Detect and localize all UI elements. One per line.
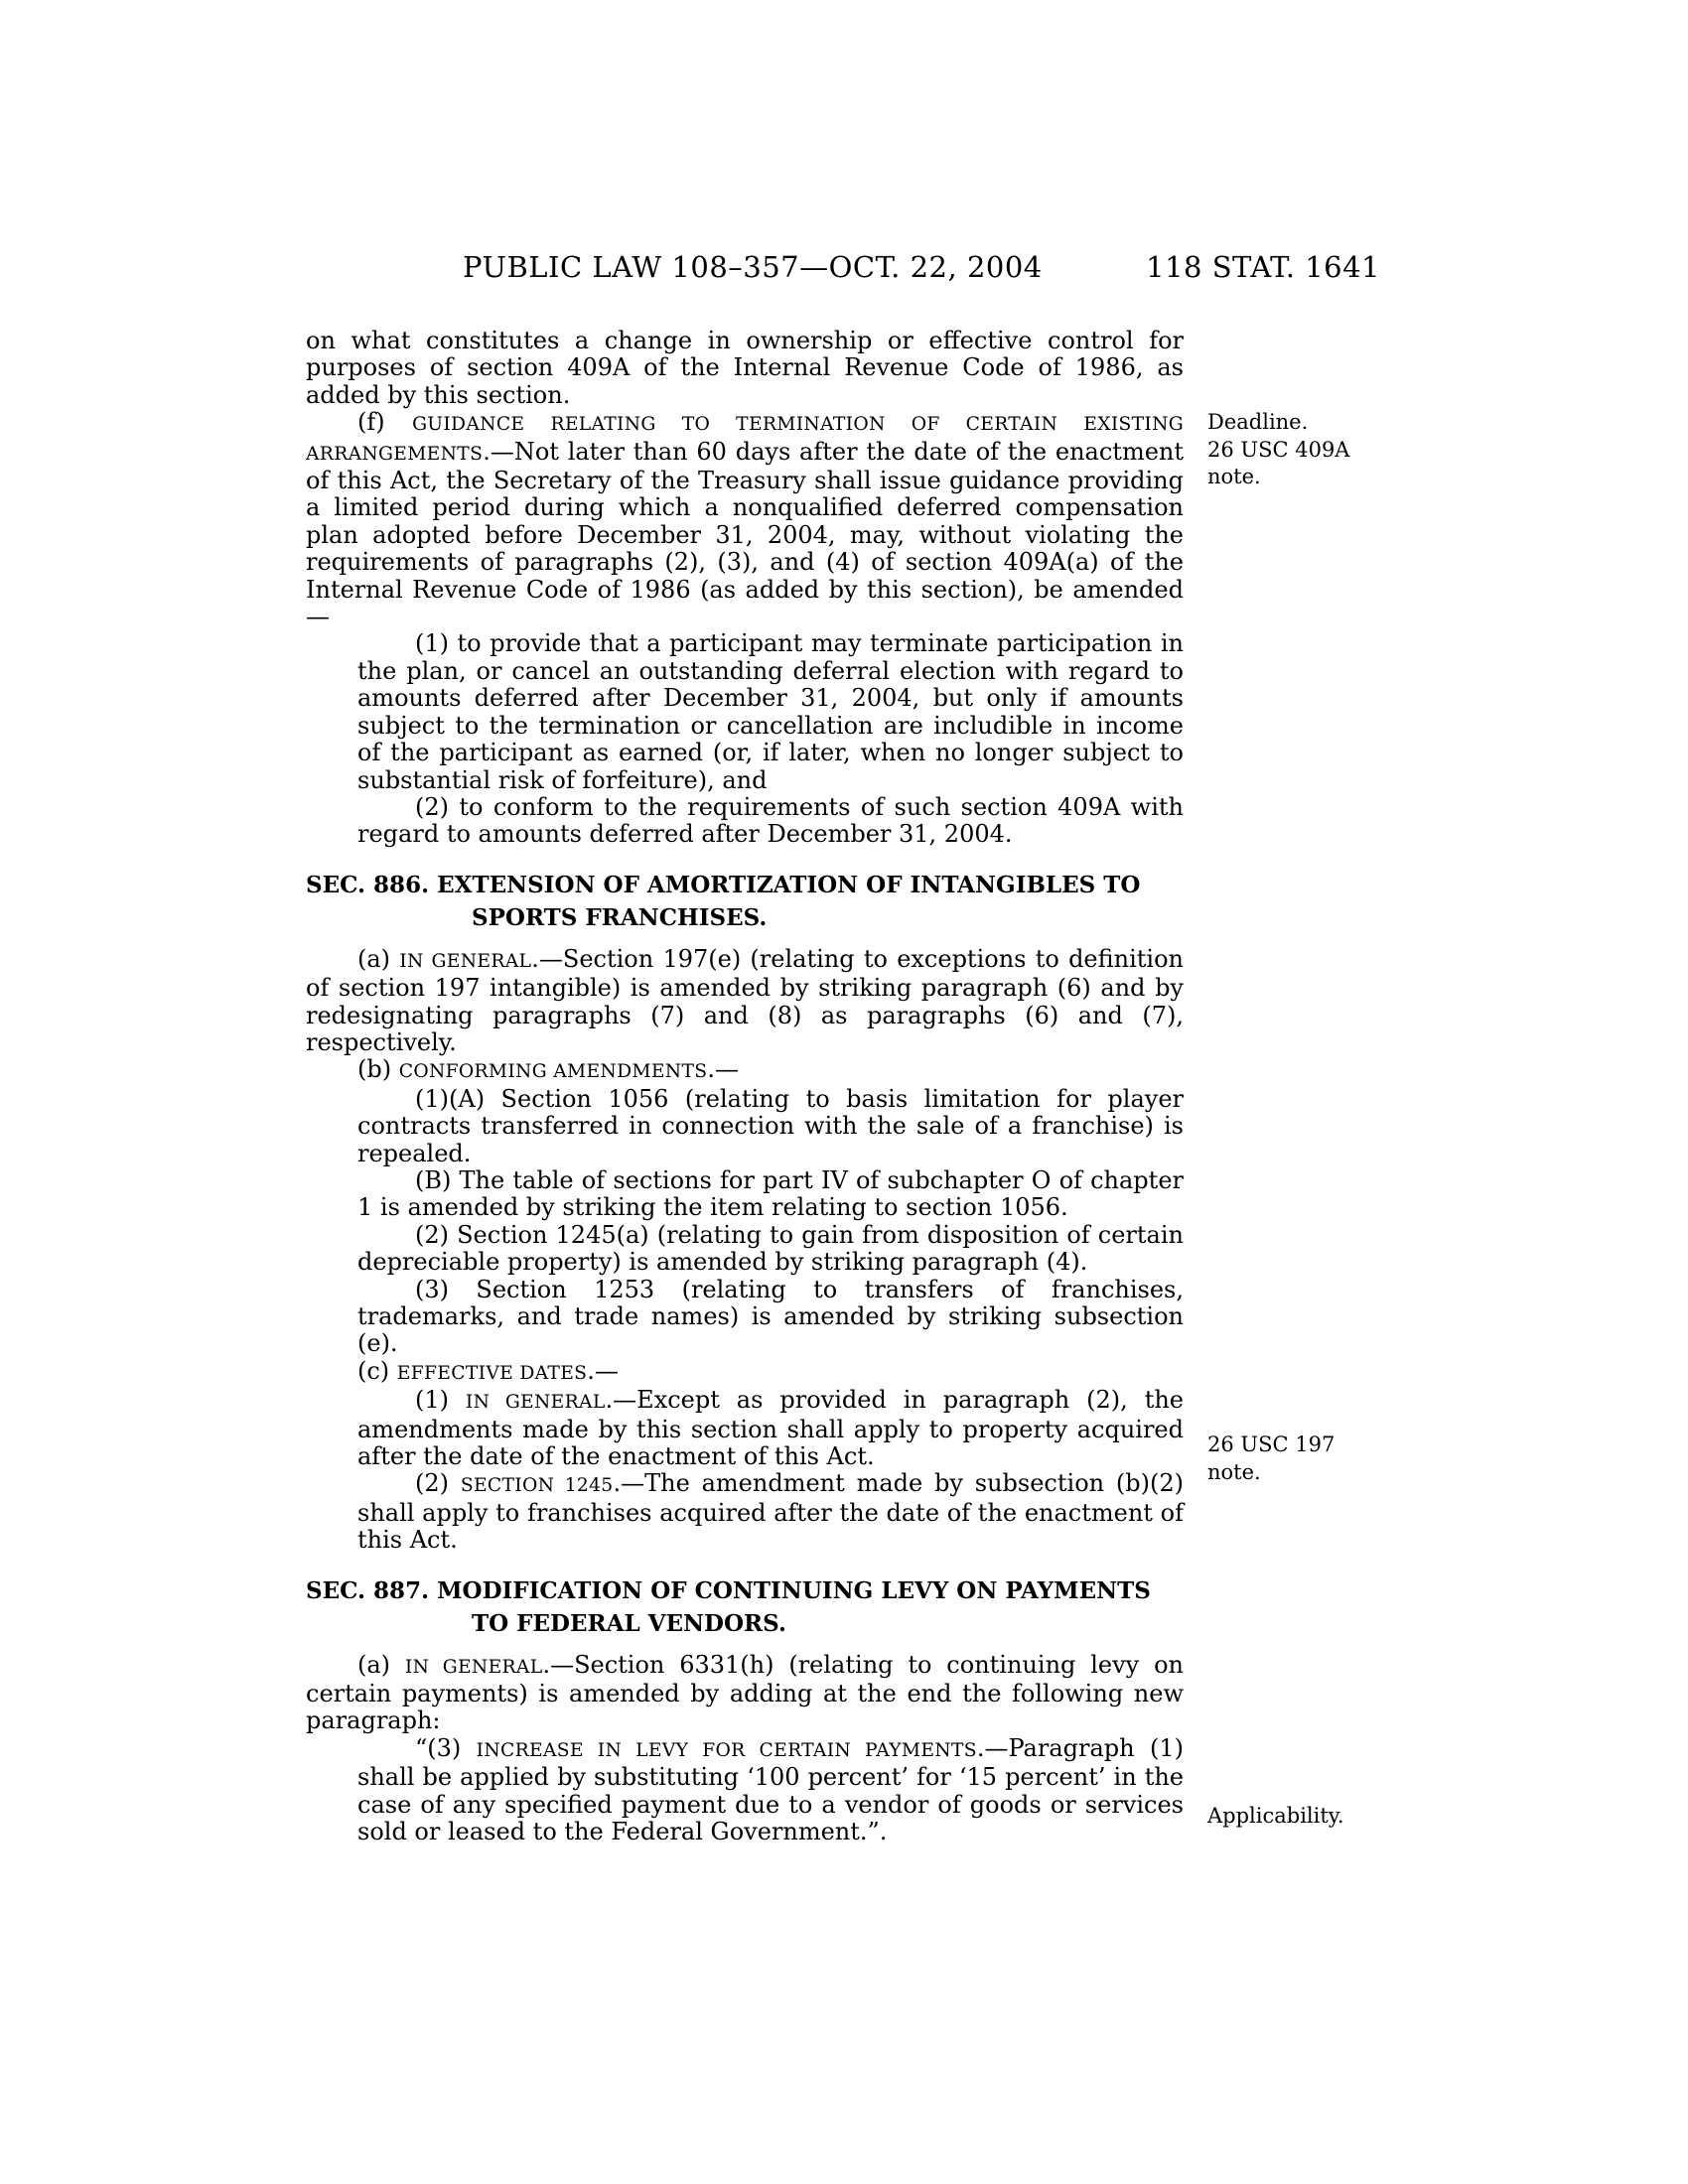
statute-paragraph: (2) to conform to the requirements of su… [357, 794, 1184, 849]
small-caps-run: INCREASE IN LEVY FOR CERTAIN PAYMENTS [477, 1740, 977, 1761]
text-run: (B) The table of sections for part IV of… [357, 1166, 1184, 1221]
section-heading: SEC. 887. MODIFICATION OF CONTINUING LEV… [472, 1574, 1184, 1640]
statute-paragraph: (2) Section 1245(a) (relating to gain fr… [357, 1222, 1184, 1277]
text-run: (2) Section 1245(a) (relating to gain fr… [357, 1221, 1184, 1276]
text-run: SEC. 886. EXTENSION OF AMORTIZATION OF I… [306, 872, 1140, 931]
statute-paragraph: (f) GUIDANCE RELATING TO TERMINATION OF … [306, 409, 1184, 630]
text-run: (a) [357, 1651, 405, 1679]
section-heading: SEC. 886. EXTENSION OF AMORTIZATION OF I… [472, 869, 1184, 934]
header-law-title: PUBLIC LAW 108–357—OCT. 22, 2004 [463, 250, 1043, 284]
text-run: (a) [357, 945, 399, 973]
statute-paragraph: “(3) INCREASE IN LEVY FOR CERTAIN PAYMEN… [357, 1735, 1184, 1846]
header-stat-number: 118 STAT. 1641 [1146, 250, 1380, 284]
text-run: .— [587, 1357, 619, 1385]
small-caps-run: IN GENERAL [466, 1392, 606, 1413]
text-run: (2) [415, 1469, 461, 1497]
text-run: (1) to provide that a participant may te… [357, 629, 1184, 793]
margin-note-usc-197: 26 USC 197 note. [1207, 1432, 1384, 1486]
text-run: .— [707, 1055, 739, 1083]
statute-paragraph: (2) SECTION 1245.—The amendment made by … [357, 1470, 1184, 1554]
statute-paragraph: (B) The table of sections for part IV of… [357, 1167, 1184, 1222]
statute-paragraph: (3) Section 1253 (relating to transfers … [357, 1277, 1184, 1358]
text-run: (1)(A) Section 1056 (relating to basis l… [357, 1085, 1184, 1167]
small-caps-run: IN GENERAL [405, 1657, 543, 1678]
text-run: (1) [415, 1386, 466, 1414]
small-caps-run: IN GENERAL [399, 951, 531, 972]
statute-paragraph: (b) CONFORMING AMENDMENTS.— [306, 1056, 1184, 1085]
text-run: “(3) [415, 1734, 477, 1762]
margin-note-deadline: Deadline. 26 USC 409A note. [1207, 409, 1384, 491]
text-run: .—Not later than 60 days after the date … [306, 438, 1184, 630]
text-run: (2) to conform to the requirements of su… [357, 793, 1184, 848]
text-run: (3) Section 1253 (relating to transfers … [357, 1276, 1184, 1358]
small-caps-run: CONFORMING AMENDMENTS [399, 1061, 708, 1082]
statute-paragraph: (c) EFFECTIVE DATES.— [306, 1358, 1184, 1387]
margin-note-applicability: Applicability. [1207, 1803, 1384, 1831]
small-caps-run: SECTION 1245 [461, 1475, 614, 1496]
text-run: (c) [357, 1357, 397, 1385]
statute-paragraph: (1) to provide that a participant may te… [357, 630, 1184, 793]
text-run: (b) [357, 1055, 399, 1083]
statute-paragraph: (a) IN GENERAL.—Section 197(e) (relating… [306, 946, 1184, 1057]
text-run: (f) [357, 408, 412, 436]
statute-paragraph: (1)(A) Section 1056 (relating to basis l… [357, 1086, 1184, 1167]
text-column: on what constitutes a change in ownershi… [306, 328, 1184, 1846]
text-run: SEC. 887. MODIFICATION OF CONTINUING LEV… [306, 1577, 1151, 1637]
statute-page: PUBLIC LAW 108–357—OCT. 22, 2004 118 STA… [0, 0, 1688, 2184]
small-caps-run: EFFECTIVE DATES [397, 1363, 587, 1384]
statute-paragraph: on what constitutes a change in ownershi… [306, 328, 1184, 409]
text-run: on what constitutes a change in ownershi… [306, 327, 1184, 409]
statute-paragraph: (a) IN GENERAL.—Section 6331(h) (relatin… [306, 1652, 1184, 1735]
running-header: PUBLIC LAW 108–357—OCT. 22, 2004 118 STA… [306, 250, 1380, 284]
statute-paragraph: (1) IN GENERAL.—Except as provided in pa… [357, 1387, 1184, 1470]
